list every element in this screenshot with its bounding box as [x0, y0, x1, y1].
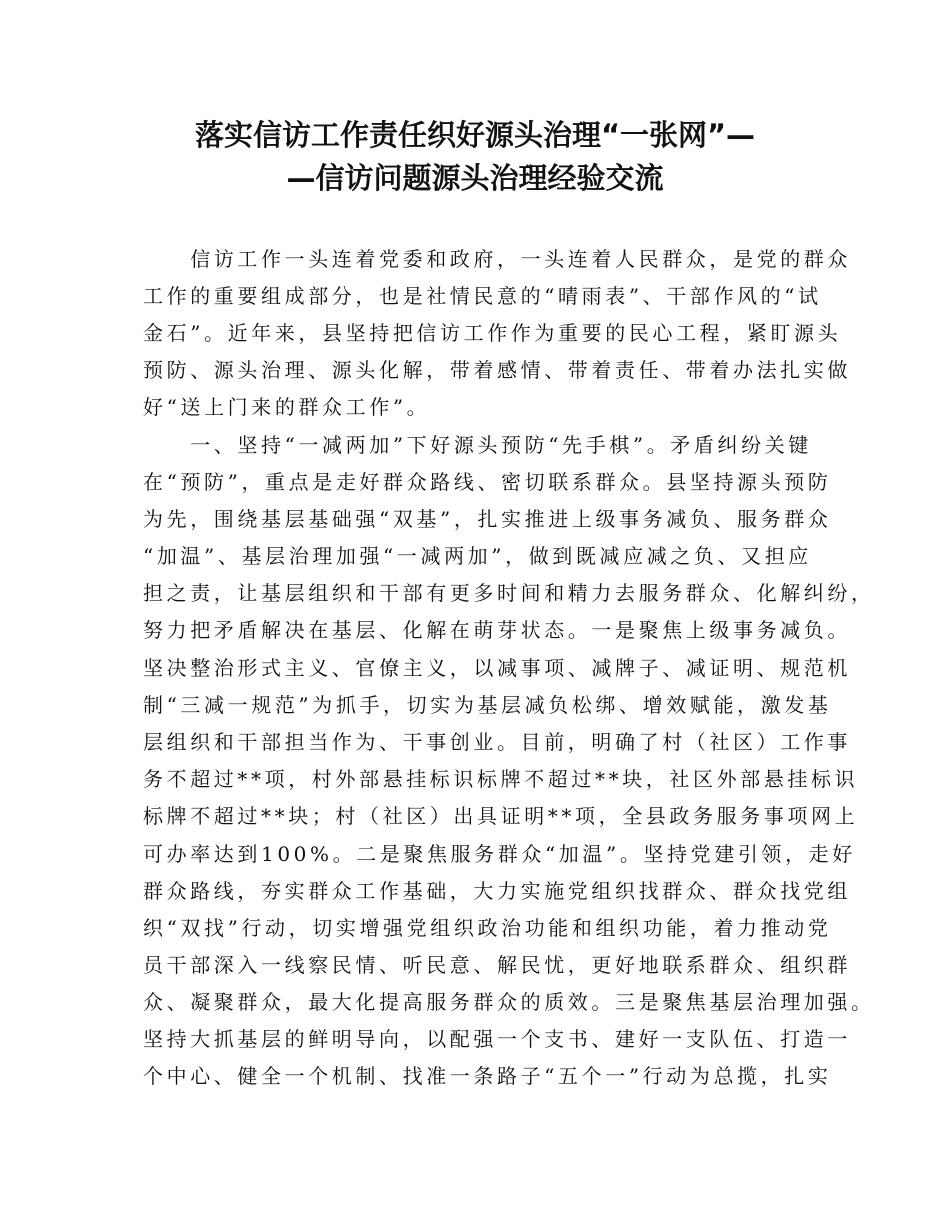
body-line: 务不超过**项，村外部悬挂标识标牌不超过**块，社区外部悬挂标识 [143, 766, 823, 792]
body-line: 个中心、健全一个机制、找准一条路子“五个一”行动为总揽，扎实 [143, 1063, 823, 1089]
body-line: 众、凝聚群众，最大化提高服务群众的质效。三是聚焦基层治理加强。 [143, 989, 823, 1015]
body-line: 金石”。近年来，县坚持把信访工作作为重要的民心工程，紧盯源头 [143, 320, 823, 346]
body-line: 标牌不超过**块；村（社区）出具证明**项，全县政务服务事项网上 [143, 803, 823, 829]
body-line: 工作的重要组成部分，也是社情民意的“晴雨表”、干部作风的“试 [143, 283, 823, 309]
body-line: 制“三减一规范”为抓手，切实为基层减负松绑、增效赋能，激发基 [143, 692, 823, 718]
body-line: 为先，围绕基层基础强“双基”，扎实推进上级事务减负、服务群众 [143, 506, 823, 532]
body-line: 层组织和干部担当作为、干事创业。目前，明确了村（社区）工作事 [143, 729, 823, 755]
body-line: 织“双找”行动，切实增强党组织政治功能和组织功能，着力推动党 [143, 915, 823, 941]
body-line: “加温”、基层治理加强“一减两加”，做到既减应减之负、又担应 [143, 543, 823, 569]
body-line: 好“送上门来的群众工作”。 [143, 394, 823, 420]
body-line: 努力把矛盾解决在基层、化解在萌芽状态。一是聚焦上级事务减负。 [143, 617, 823, 643]
body-line: 担之责，让基层组织和干部有更多时间和精力去服务群众、化解纠纷， [143, 580, 823, 606]
document-title-line-2: —信访问题源头治理经验交流 [0, 160, 950, 196]
body-line: 一、坚持“一减两加”下好源头预防“先手棋”。矛盾纠纷关键 [143, 432, 823, 458]
body-line: 群众路线，夯实群众工作基础，大力实施党组织找群众、群众找党组 [143, 878, 823, 904]
body-line: 员干部深入一线察民情、听民意、解民忧，更好地联系群众、组织群 [143, 952, 823, 978]
body-line: 在“预防”，重点是走好群众路线、密切联系群众。县坚持源头预防 [143, 469, 823, 495]
body-line: 坚决整治形式主义、官僚主义，以减事项、减牌子、减证明、规范机 [143, 655, 823, 681]
body-line: 坚持大抓基层的鲜明导向，以配强一个支书、建好一支队伍、打造一 [143, 1026, 823, 1052]
body-line: 预防、源头治理、源头化解，带着感情、带着责任、带着办法扎实做 [143, 357, 823, 383]
document-title-line-1: 落实信访工作责任织好源头治理“一张网”— [0, 117, 950, 153]
document-page: 落实信访工作责任织好源头治理“一张网”— —信访问题源头治理经验交流 信访工作一… [0, 0, 950, 1230]
body-line: 信访工作一头连着党委和政府，一头连着人民群众，是党的群众 [143, 246, 823, 272]
body-line: 可办率达到100%。二是聚焦服务群众“加温”。坚持党建引领，走好 [143, 841, 823, 867]
